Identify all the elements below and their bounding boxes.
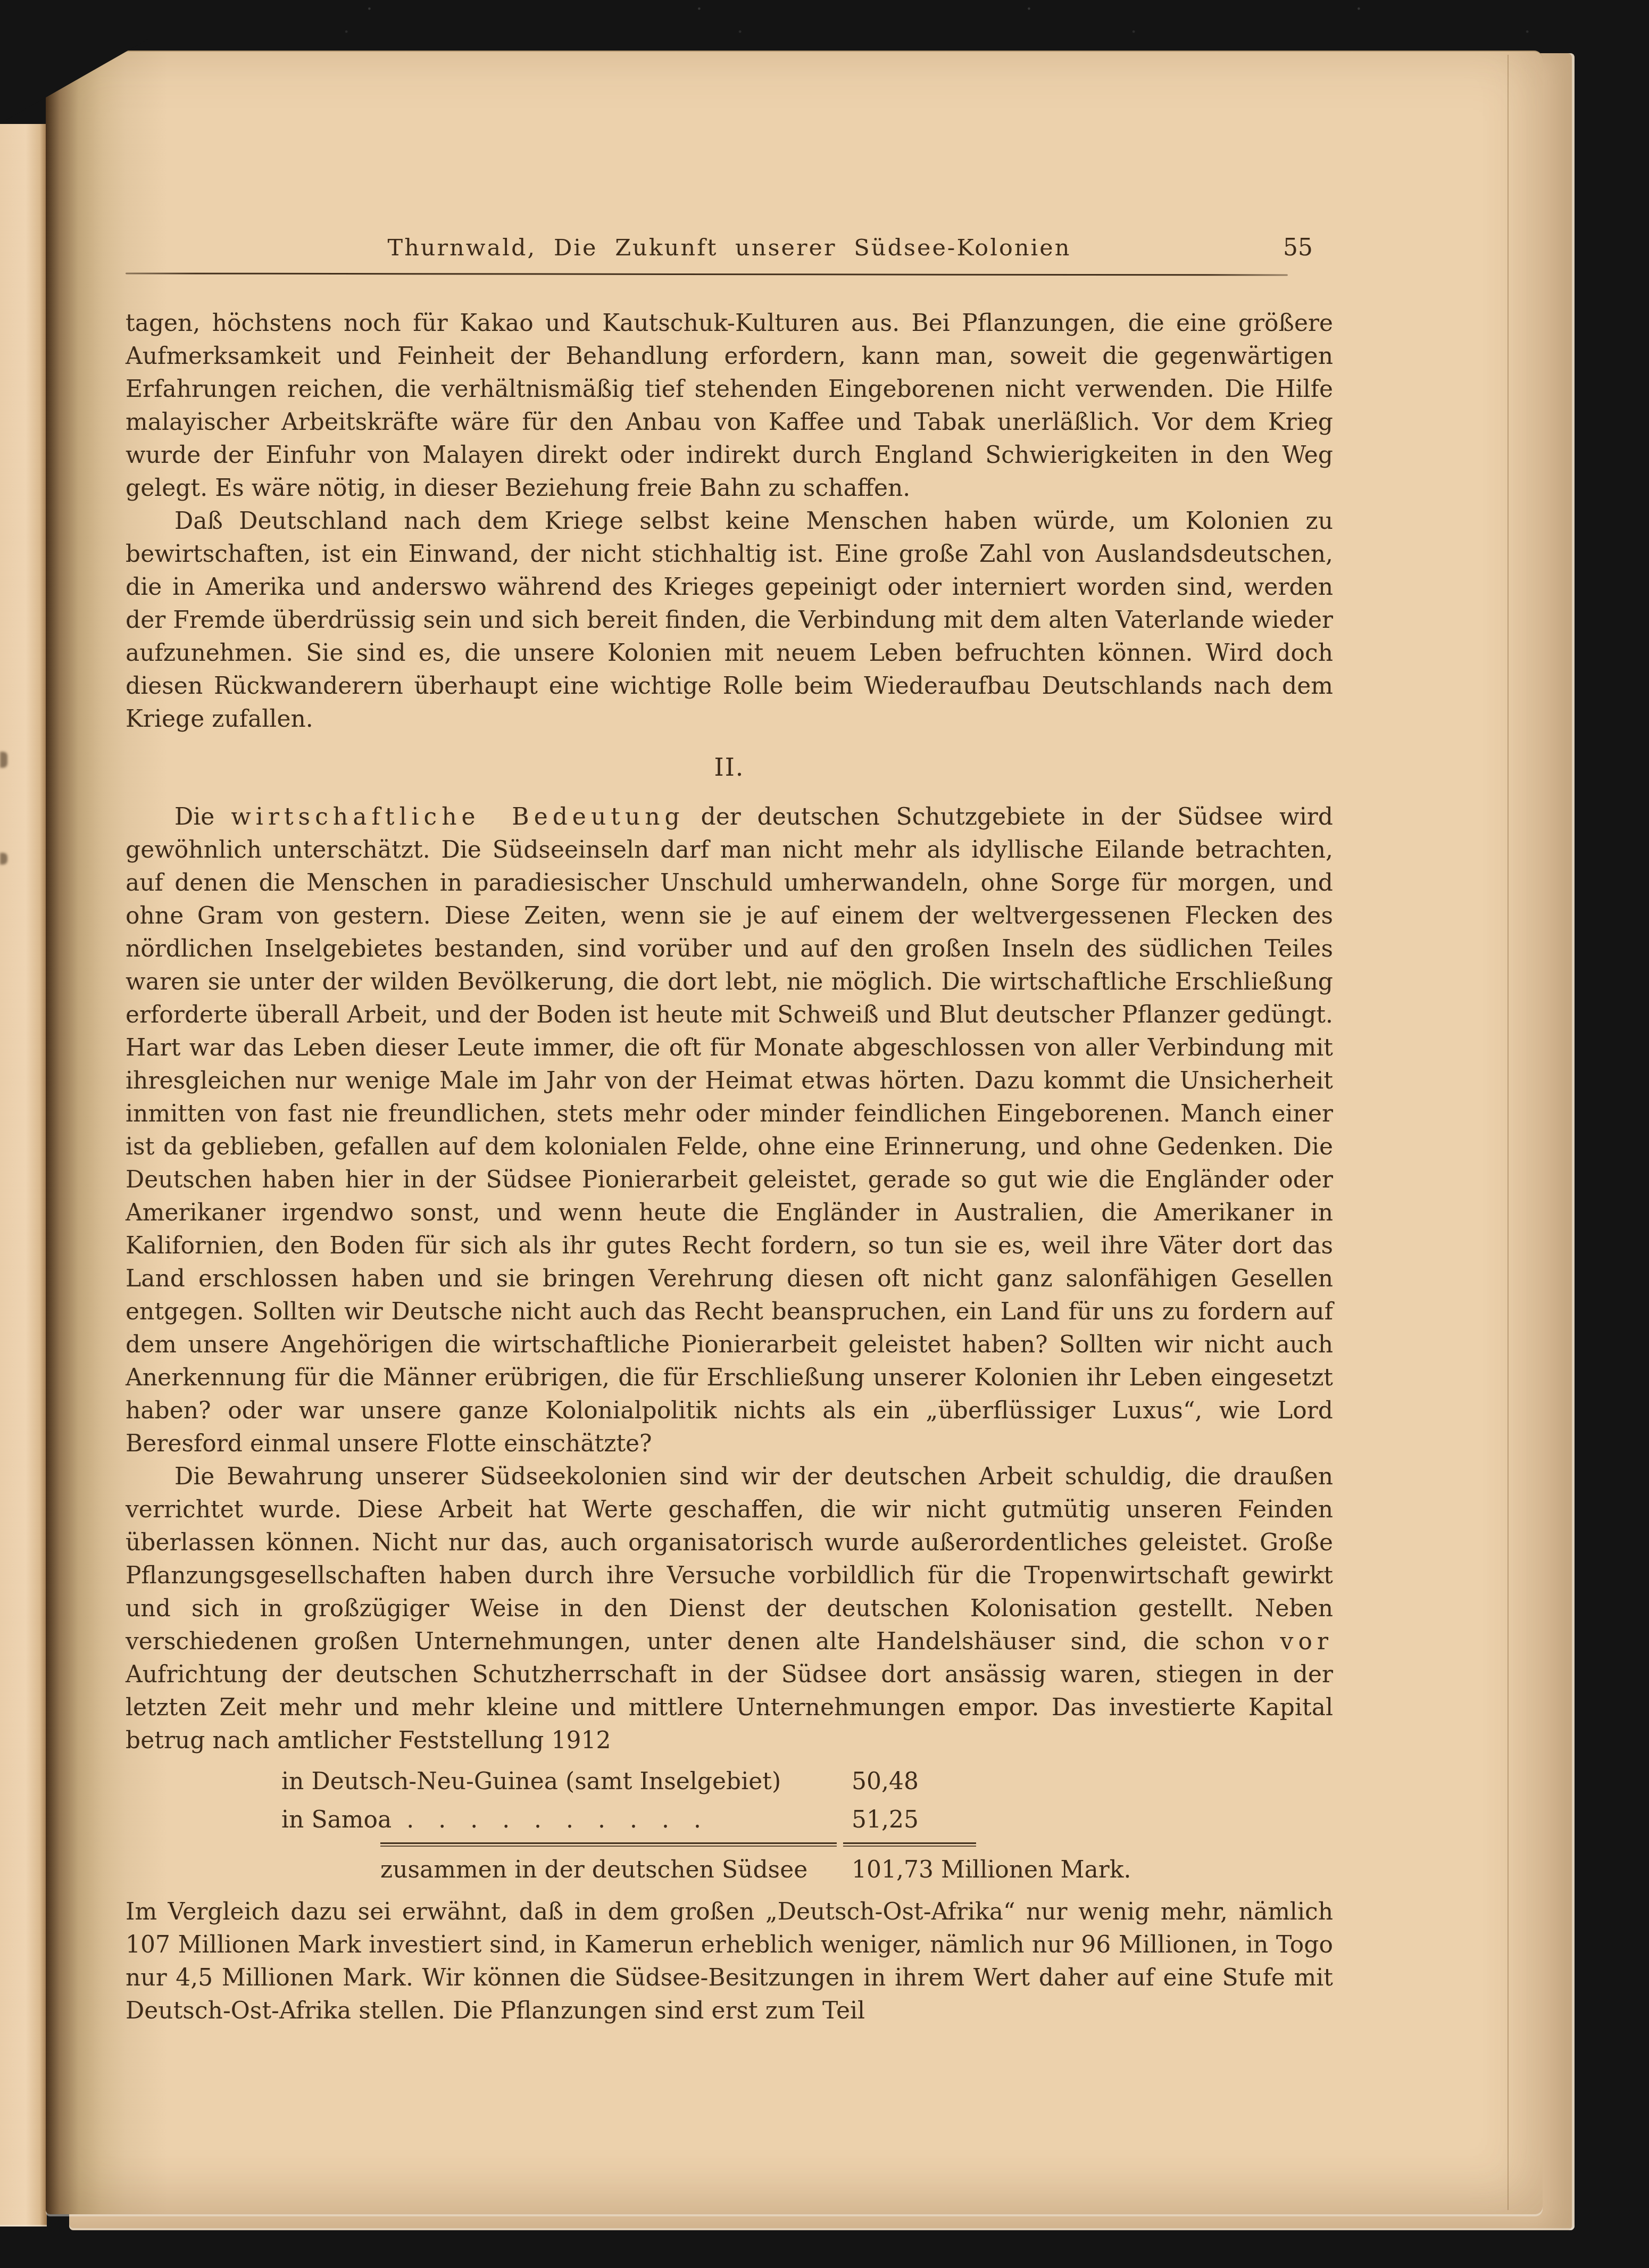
- text-block: tagen, höchstens noch für Kakao und Kaut…: [126, 307, 1333, 2028]
- rule-segment: [380, 1842, 837, 1847]
- table-row: in Deutsch-Neu-Guinea (samt Inselgebiet)…: [281, 1763, 1333, 1801]
- running-header-title: Thurnwald, Die Zukunft unserer Südsee-Ko…: [126, 231, 1333, 265]
- table-total-value: 101,73 Millionen Mark.: [852, 1851, 1131, 1889]
- header-rule: [126, 272, 1288, 276]
- paragraph: Die Bewahrung unserer Südseekolonien sin…: [126, 1460, 1333, 1757]
- facing-page-edge: [0, 124, 47, 2227]
- scan-background: Thurnwald, Die Zukunft unserer Südsee-Ko…: [0, 0, 1649, 2268]
- paragraph: Die wirtschaftliche Bedeutung der deutsc…: [126, 801, 1333, 1460]
- table-row-value: 50,48: [852, 1763, 919, 1801]
- table-total-row: zusammen in der deutschen Südsee 101,73 …: [281, 1851, 1333, 1889]
- paragraph-text: Die: [174, 803, 231, 830]
- paragraph-text: der deutschen Schutzgebiete in der Südse…: [126, 803, 1333, 1457]
- emphasized-spaced-text: vor: [1280, 1628, 1333, 1655]
- dot-leaders: . . . . . . . . . .: [406, 1806, 710, 1833]
- paragraph-text: Die Bewahrung unserer Südseekolonien sin…: [126, 1463, 1333, 1655]
- section-heading: II.: [126, 736, 1333, 801]
- table-row-value: 51,25: [852, 1801, 919, 1839]
- book-page: Thurnwald, Die Zukunft unserer Südsee-Ko…: [46, 51, 1543, 2214]
- paragraph-continuation: tagen, höchstens noch für Kakao und Kaut…: [126, 307, 1333, 505]
- paragraph: Daß Deutschland nach dem Kriege selbst k…: [126, 505, 1333, 736]
- table-row-label-text: in Samoa: [281, 1806, 392, 1833]
- paragraph-text: Aufrichtung der deutschen Schutzherrscha…: [126, 1661, 1333, 1754]
- ink-smudge: [0, 853, 7, 865]
- table-total-label: zusammen in der deutschen Südsee: [380, 1851, 852, 1889]
- paragraph: Im Vergleich dazu sei erwähnt, daß in de…: [126, 1896, 1333, 2028]
- table-row-label: in Deutsch-Neu-Guinea (samt Inselgebiet): [281, 1763, 852, 1801]
- table-row: in Samoa. . . . . . . . . . 51,25: [281, 1801, 1333, 1839]
- investment-table: in Deutsch-Neu-Guinea (samt Inselgebiet)…: [281, 1763, 1333, 1889]
- emphasized-spaced-text: wirtschaftliche Bedeutung: [231, 803, 685, 830]
- table-sum-rule: [380, 1842, 979, 1847]
- table-row-label: in Samoa. . . . . . . . . .: [281, 1801, 852, 1839]
- rule-segment: [843, 1842, 976, 1847]
- page-header: Thurnwald, Die Zukunft unserer Südsee-Ko…: [126, 231, 1333, 269]
- ink-smudge: [0, 752, 7, 768]
- page-number: 55: [1283, 231, 1313, 265]
